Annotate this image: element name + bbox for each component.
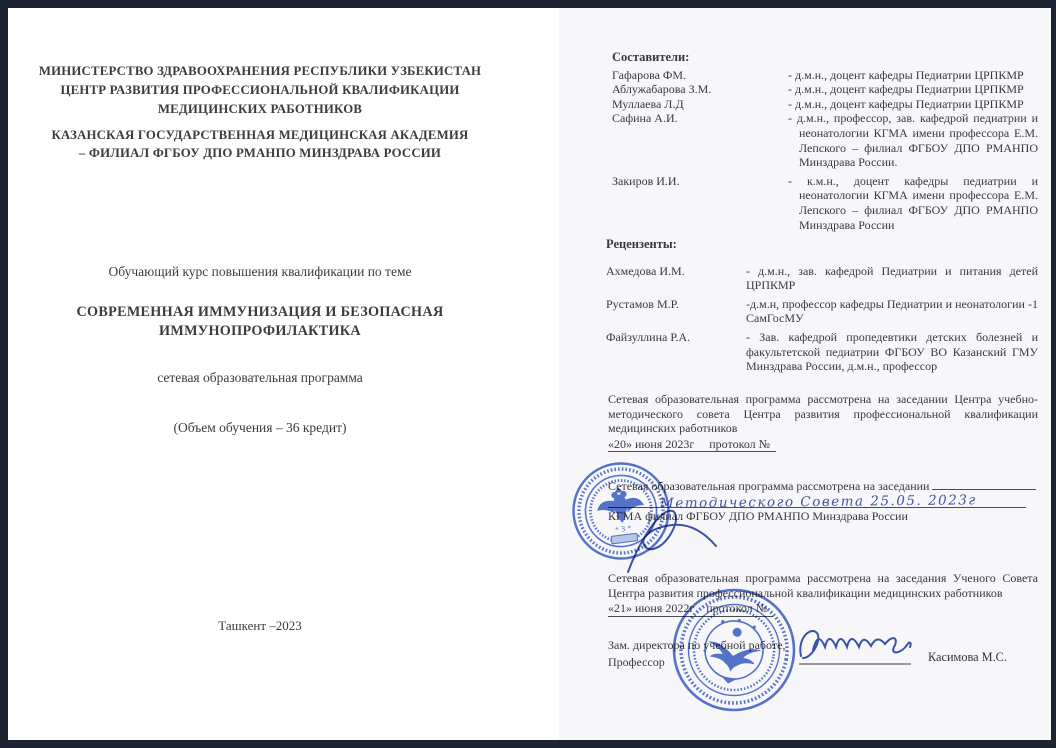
compiler-name: Муллаева Л.Д bbox=[612, 97, 788, 112]
compiler-name: Гафарова ФМ. bbox=[612, 68, 788, 83]
course-type-line: Обучающий курс повышения квалификации по… bbox=[30, 264, 490, 280]
scanned-document: МИНИСТЕРСТВО ЗДРАВООХРАНЕНИЯ РЕСПУБЛИКИ … bbox=[0, 0, 1056, 748]
compiler-name: Закиров И.И. bbox=[612, 174, 788, 232]
compiler-row: Аблужабарова З.М. - д.м.н., доцент кафед… bbox=[612, 82, 1038, 97]
compiler-desc: - к.м.н., доцент кафедры педиатрии и нео… bbox=[788, 174, 1038, 232]
uzbek-round-stamp bbox=[660, 576, 808, 724]
compiler-row: Закиров И.И. - к.м.н., доцент кафедры пе… bbox=[612, 174, 1038, 232]
study-volume-line: (Объем обучения – 36 кредит) bbox=[30, 420, 490, 436]
approval-methodical-dateline: «20» июня 2023г протокол № bbox=[608, 437, 776, 453]
signature-flourish-2 bbox=[793, 616, 943, 672]
approval-methodical-block: Сетевая образовательная программа рассмо… bbox=[608, 392, 1038, 452]
ministry-header: МИНИСТЕРСТВО ЗДРАВООХРАНЕНИЯ РЕСПУБЛИКИ … bbox=[30, 62, 490, 119]
compiler-row: Сафина А.И. - д.м.н., профессор, зав. ка… bbox=[612, 111, 1038, 169]
approval-methodical-text: Сетевая образовательная программа рассмо… bbox=[608, 392, 1038, 435]
city-year-line: Ташкент –2023 bbox=[30, 618, 490, 634]
reviewers-block: Рецензенты: Ахмедова И.М. - д.м.н., зав.… bbox=[606, 237, 1038, 378]
reviewer-row: Рустамов М.Р. -д.м.н, профессор кафедры … bbox=[606, 297, 1038, 326]
signature-flourish-1 bbox=[618, 500, 728, 580]
reviewers-heading: Рецензенты: bbox=[606, 237, 1038, 252]
reviewer-desc: -д.м.н, профессор кафедры Педиатрии и не… bbox=[746, 297, 1038, 326]
compiler-desc: - д.м.н., доцент кафедры Педиатрии ЦРПКМ… bbox=[788, 97, 1038, 112]
compiler-desc: - д.м.н., доцент кафедры Педиатрии ЦРПКМ… bbox=[788, 68, 1038, 83]
blank-underline bbox=[932, 489, 1036, 490]
reviewer-desc: - д.м.н., зав. кафедрой Педиатрии и пита… bbox=[746, 264, 1038, 293]
reviewer-row: Ахмедова И.М. - д.м.н., зав. кафедрой Пе… bbox=[606, 264, 1038, 293]
compiler-row: Гафарова ФМ. - д.м.н., доцент кафедры Пе… bbox=[612, 68, 1038, 83]
humo-bird-emblem-icon bbox=[702, 614, 767, 688]
compiler-row: Муллаева Л.Д - д.м.н., доцент кафедры Пе… bbox=[612, 97, 1038, 112]
compiler-name: Сафина А.И. bbox=[612, 111, 788, 169]
reviewer-desc: - Зав. кафедрой пропедевтики детских бол… bbox=[746, 330, 1038, 374]
reviewer-name: Рустамов М.Р. bbox=[606, 297, 746, 326]
program-type-line: сетевая образовательная программа bbox=[30, 370, 490, 386]
reviewer-name: Ахмедова И.М. bbox=[606, 264, 746, 293]
academy-header: КАЗАНСКАЯ ГОСУДАРСТВЕННАЯ МЕДИЦИНСКАЯ АК… bbox=[30, 126, 490, 162]
compiler-desc: - д.м.н., профессор, зав. кафедрой педиа… bbox=[788, 111, 1038, 169]
compiler-desc: - д.м.н., доцент кафедры Педиатрии ЦРПКМ… bbox=[788, 82, 1038, 97]
compiler-name: Аблужабарова З.М. bbox=[612, 82, 788, 97]
reviewer-row: Файзуллина Р.А. - Зав. кафедрой пропедев… bbox=[606, 330, 1038, 374]
course-title: СОВРЕМЕННАЯ ИММУНИЗАЦИЯ И БЕЗОПАСНАЯ ИММ… bbox=[30, 303, 490, 341]
reviewer-name: Файзуллина Р.А. bbox=[606, 330, 746, 374]
compilers-heading: Составители: bbox=[612, 50, 1038, 65]
compilers-block: Составители: Гафарова ФМ. - д.м.н., доце… bbox=[612, 50, 1038, 232]
